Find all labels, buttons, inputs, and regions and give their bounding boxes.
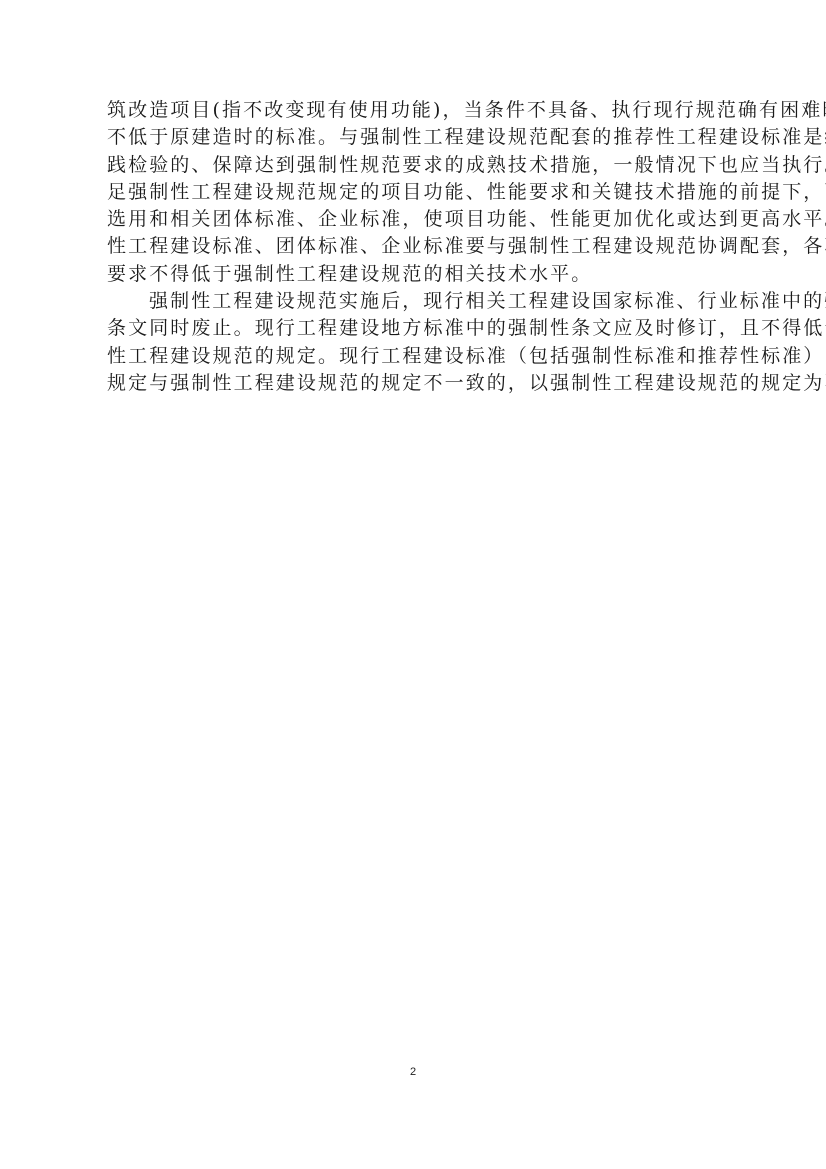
text-line: 要求不得低于强制性工程建设规范的相关技术水平。 [107, 261, 720, 288]
paragraph-1: 筑改造项目(指不改变现有使用功能)，当条件不具备、执行现行规范确有困难时，应 不… [107, 97, 720, 288]
page-number: 2 [0, 1066, 826, 1078]
text-line: 选用和相关团体标准、企业标准，使项目功能、性能更加优化或达到更高水平。推荐 [107, 206, 720, 233]
text-line: 规定与强制性工程建设规范的规定不一致的，以强制性工程建设规范的规定为准。 [107, 370, 720, 397]
text-line: 践检验的、保障达到强制性规范要求的成熟技术措施，一般情况下也应当执行。在满 [107, 152, 720, 179]
paragraph-2: 强制性工程建设规范实施后，现行相关工程建设国家标准、行业标准中的强制性 条文同时… [107, 288, 720, 397]
text-line: 条文同时废止。现行工程建设地方标准中的强制性条文应及时修订，且不得低于强制 [107, 315, 720, 342]
text-line: 足强制性工程建设规范规定的项目功能、性能要求和关键技术措施的前提下，可合理 [107, 179, 720, 206]
text-line: 性工程建设标准、团体标准、企业标准要与强制性工程建设规范协调配套，各项技术 [107, 233, 720, 260]
document-page: 筑改造项目(指不改变现有使用功能)，当条件不具备、执行现行规范确有困难时，应 不… [0, 0, 826, 1169]
text-line: 不低于原建造时的标准。与强制性工程建设规范配套的推荐性工程建设标准是经过实 [107, 124, 720, 151]
body-text: 筑改造项目(指不改变现有使用功能)，当条件不具备、执行现行规范确有困难时，应 不… [107, 97, 720, 397]
text-line: 强制性工程建设规范实施后，现行相关工程建设国家标准、行业标准中的强制性 [107, 288, 720, 315]
text-line: 筑改造项目(指不改变现有使用功能)，当条件不具备、执行现行规范确有困难时，应 [107, 97, 720, 124]
text-line: 性工程建设规范的规定。现行工程建设标准（包括强制性标准和推荐性标准）中有关 [107, 343, 720, 370]
